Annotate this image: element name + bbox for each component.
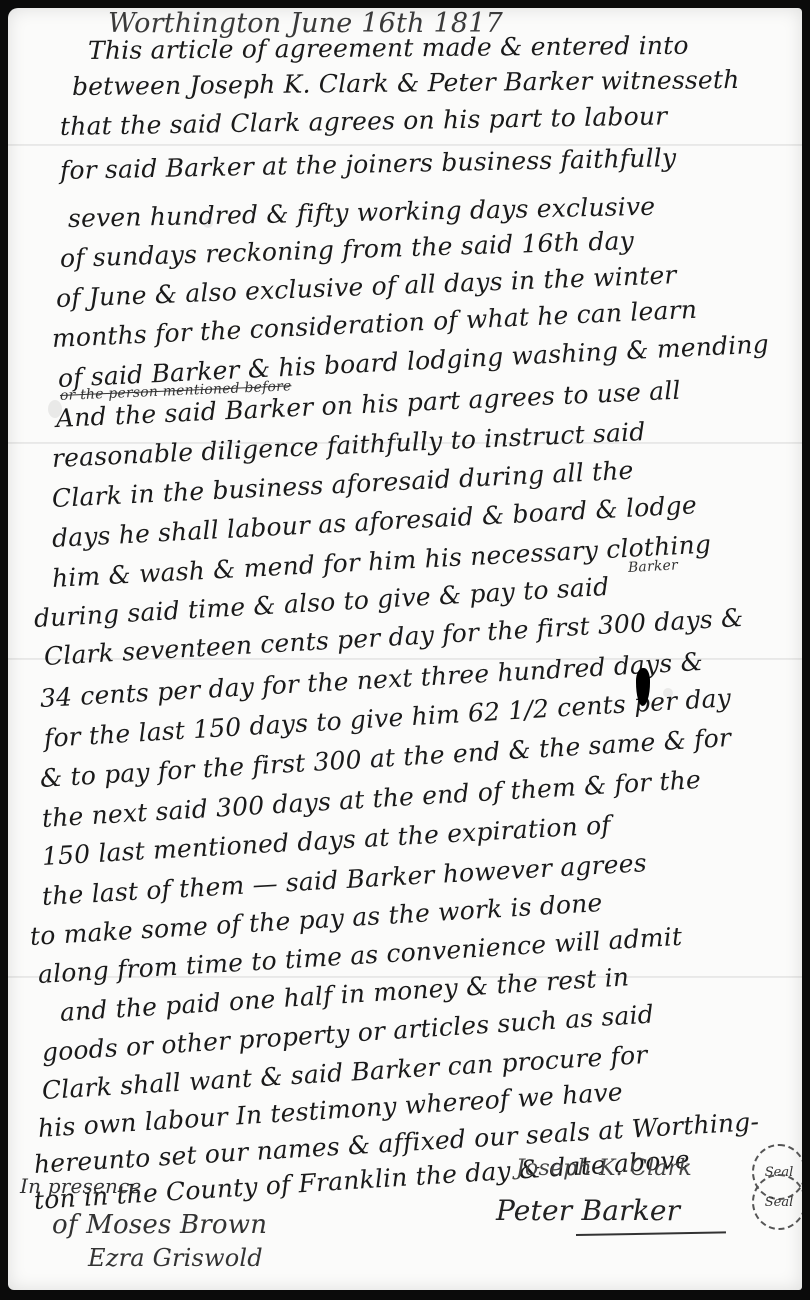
document-line: for said Barker at the joiners business … [60,143,677,185]
document-line: This article of agreement made & entered… [88,31,689,65]
document-line: seven hundred & fifty working days exclu… [68,192,656,233]
witness-moses-brown: of Moses Brown [52,1210,267,1240]
paper-fold-line [8,144,802,146]
signature-joseph-clark: Joseph K. Clark [516,1156,692,1181]
witness-ezra-griswold: Ezra Griswold [88,1244,263,1272]
signature-underline [576,1231,726,1236]
document-line: that the said Clark agrees on his part t… [60,101,668,141]
seal-label: Seal [765,1195,794,1210]
seal-stamp: Seal [752,1174,802,1230]
interlinear-note: Barker [628,557,679,576]
attestation-label: In presence [20,1174,142,1198]
document-line: between Joseph K. Clark & Peter Barker w… [72,65,740,101]
document-page: Worthington June 16th 1817 This article … [8,8,802,1290]
signature-peter-barker: Peter Barker [496,1194,680,1227]
